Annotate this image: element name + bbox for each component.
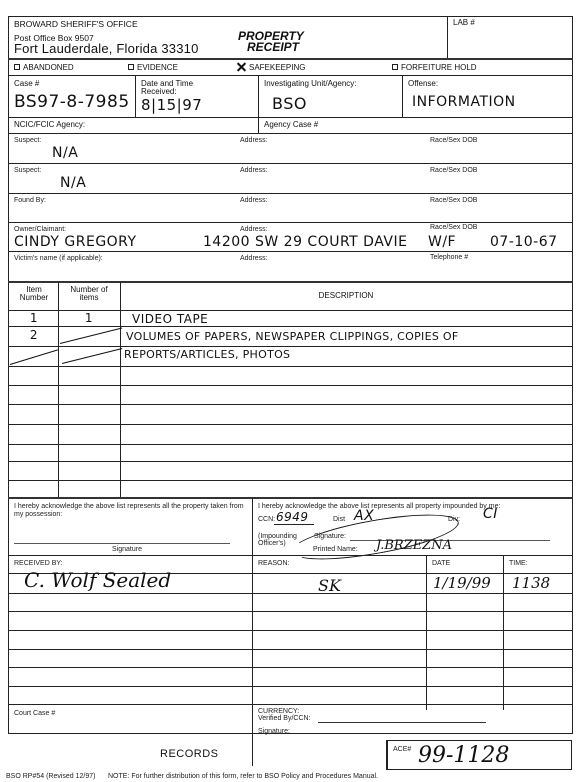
form-title-line2: RECEIPT xyxy=(247,40,299,54)
ace-value[interactable]: 99-1128 xyxy=(418,743,509,768)
row-divider xyxy=(8,385,573,386)
divider xyxy=(8,281,573,283)
divider xyxy=(402,75,403,117)
divider xyxy=(8,251,573,252)
address-label: Address: xyxy=(240,226,268,233)
offense-value[interactable]: INFORMATION xyxy=(412,94,516,110)
address-label: Address: xyxy=(240,197,268,204)
row-divider xyxy=(8,667,573,668)
item-number-cell[interactable]: 1 xyxy=(12,311,56,325)
offense-label: Offense: xyxy=(408,80,438,88)
category-forfeiture-hold[interactable]: FORFEITURE HOLD xyxy=(392,64,477,72)
row-divider xyxy=(8,346,573,347)
received-by-cell[interactable]: C. Wolf Sealed xyxy=(24,568,171,592)
verified-by-line[interactable] xyxy=(318,722,486,723)
suspect-label: Suspect: xyxy=(14,137,41,144)
victim-name-label: Victim's name (if applicable): xyxy=(14,255,103,262)
row-divider xyxy=(8,630,573,631)
ace-number-box: ACE# 99-1128 xyxy=(386,740,572,770)
checked-x-icon[interactable] xyxy=(236,62,246,72)
row-divider xyxy=(8,480,573,481)
date-header: DATE xyxy=(432,560,450,567)
suspect-name-value[interactable]: N/A xyxy=(52,145,78,161)
divider xyxy=(135,75,136,117)
verified-by-label: Verified By/CCN: xyxy=(258,715,311,722)
investigating-unit-label: Investigating Unit/Agency: xyxy=(264,80,357,88)
owner-address-value[interactable]: 14200 SW 29 COURT DAVIE xyxy=(203,234,407,250)
divider xyxy=(258,75,259,133)
race-sex-dob-label: Race/Sex DOB xyxy=(430,137,477,144)
reason-header: REASON: xyxy=(258,560,290,567)
checkbox-icon[interactable] xyxy=(392,64,398,70)
currency-signature-label: Signature: xyxy=(258,728,290,735)
ccn-label: CCN: xyxy=(258,516,275,523)
checkbox-icon[interactable] xyxy=(14,64,20,70)
time-header: TIME: xyxy=(509,560,528,567)
owner-race-sex-value[interactable]: W/F xyxy=(428,234,456,250)
owner-dob-value[interactable]: 07-10-67 xyxy=(490,234,558,250)
dist-label: Dist xyxy=(333,516,345,523)
suspect-label: Suspect: xyxy=(14,167,41,174)
category-evidence[interactable]: EVIDENCE xyxy=(128,64,178,72)
address-label: Address: xyxy=(240,167,268,174)
divider xyxy=(8,133,573,134)
acknowledge-left-text: I hereby acknowledge the above list repr… xyxy=(14,503,250,518)
divider xyxy=(8,497,573,499)
column-divider xyxy=(58,282,59,497)
investigating-unit-value[interactable]: BSO xyxy=(272,94,307,113)
column-divider xyxy=(120,282,121,497)
ccn-line xyxy=(274,524,314,525)
div-value[interactable]: CI xyxy=(483,506,498,522)
distribution-note: NOTE: For further distribution of this f… xyxy=(108,773,378,780)
item-number-cell[interactable]: 2 xyxy=(12,328,56,342)
item-description-cell[interactable]: VIDEO TAPE xyxy=(132,312,208,326)
received-by-header: RECEIVED BY: xyxy=(14,560,63,567)
acknowledge-right-text: I hereby acknowledge the above list repr… xyxy=(258,503,570,510)
row-divider xyxy=(8,326,573,327)
lab-divider xyxy=(447,16,448,58)
owner-name-value[interactable]: CINDY GREGORY xyxy=(14,234,137,250)
category-safekeeping[interactable]: SAFEKEEPING xyxy=(236,63,305,73)
row-divider xyxy=(8,424,573,425)
divider xyxy=(8,117,573,118)
lab-number-label: LAB # xyxy=(453,19,475,27)
ncic-agency-label: NCIC/FCIC Agency: xyxy=(14,121,85,129)
found-by-label: Found By: xyxy=(14,197,46,204)
date-received-value[interactable]: 8|15|97 xyxy=(141,96,202,114)
agency-case-label: Agency Case # xyxy=(264,121,318,129)
race-sex-dob-label: Race/Sex DOB xyxy=(430,167,477,174)
signature-line[interactable] xyxy=(14,543,230,544)
office-name: BROWARD SHERIFF'S OFFICE xyxy=(14,20,138,29)
row-divider xyxy=(8,649,573,650)
date-cell[interactable]: 1/19/99 xyxy=(433,574,491,592)
header-number-of-items: Number of items xyxy=(60,286,118,303)
divider xyxy=(8,222,573,223)
category-abandoned[interactable]: ABANDONED xyxy=(14,64,74,72)
row-divider xyxy=(8,366,573,367)
row-divider xyxy=(8,611,573,612)
divider xyxy=(8,555,573,556)
race-sex-dob-label: Race/Sex DOB xyxy=(430,224,477,231)
form-id: BSO RP#54 (Revised 12/97) xyxy=(6,773,96,780)
divider xyxy=(8,193,573,194)
case-number-label: Case # xyxy=(14,80,39,88)
suspect-name-value[interactable]: N/A xyxy=(60,175,86,191)
item-count-cell[interactable]: 1 xyxy=(60,311,118,325)
checkbox-icon[interactable] xyxy=(128,64,134,70)
row-divider xyxy=(8,686,573,687)
divider xyxy=(8,58,573,60)
divider xyxy=(8,163,573,164)
row-divider xyxy=(8,593,573,594)
address-label: Address: xyxy=(240,255,268,262)
city-address: Fort Lauderdale, Florida 33310 xyxy=(14,41,199,56)
ace-label: ACE# xyxy=(393,746,411,753)
row-divider xyxy=(8,704,573,705)
court-case-label: Court Case # xyxy=(14,710,55,717)
telephone-label: Telephone # xyxy=(430,254,468,261)
divider xyxy=(8,75,573,76)
row-divider xyxy=(8,404,573,405)
header-description: DESCRIPTION xyxy=(122,292,570,300)
case-number-value[interactable]: BS97-8-7985 xyxy=(14,92,130,112)
row-divider xyxy=(8,444,573,445)
ccn-value[interactable]: 6949 xyxy=(276,510,309,524)
owner-claimant-label: Owner/Claimant: xyxy=(14,226,66,233)
time-cell[interactable]: 1138 xyxy=(512,574,550,592)
address-label: Address: xyxy=(240,137,268,144)
row-divider xyxy=(8,461,573,462)
item-description-cell[interactable]: REPORTS/ARTICLES, PHOTOS xyxy=(124,348,290,361)
header-item-number: Item Number xyxy=(12,286,56,303)
race-sex-dob-label: Race/Sex DOB xyxy=(430,197,477,204)
column-divider xyxy=(252,498,253,766)
item-description-cell[interactable]: VOLUMES OF PAPERS, NEWSPAPER CLIPPINGS, … xyxy=(126,330,459,343)
currency-label: CURRENCY: xyxy=(258,708,299,715)
records-label: RECORDS xyxy=(160,748,219,760)
signature-label: Signature xyxy=(112,546,142,553)
